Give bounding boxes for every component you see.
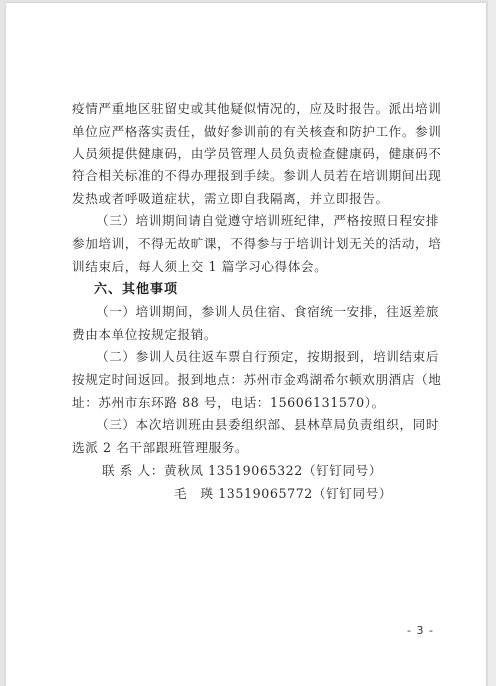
contact-line: 联 系 人：黄秋凤 13519065322（钉钉同号） <box>102 460 472 482</box>
text-line: 符合相关标准的不得办理报到手续。参训人员若在培训期间出现 <box>72 165 442 187</box>
text-line: （二）参训人员往返车票自行预定，按期报到，培训结束后 <box>96 346 442 368</box>
text-line: 疫情严重地区驻留史或其他疑似情况的，应及时报告。派出培训 <box>72 98 442 120</box>
text-line: 训结束后，每人须上交 1 篇学习心得体会。 <box>72 256 442 278</box>
text-line: （一）培训期间，参训人员住宿、食宿统一安排，往返差旅 <box>96 301 442 323</box>
text-line: 按规定时间返回。报到地点：苏州市金鸡湖希尔顿欢朋酒店（地 <box>72 369 442 391</box>
text-line: （三）培训期间请自觉遵守培训班纪律，严格按照日程安排 <box>96 210 442 232</box>
text-line: （三）本次培训班由县委组织部、县林草局负责组织，同时 <box>96 414 442 436</box>
scrollbar[interactable] <box>487 0 496 686</box>
page-number: - 3 - <box>407 624 434 637</box>
text-line: 费由本单位按规定报销。 <box>72 324 442 346</box>
text-line: 参加培训，不得无故旷课，不得参与于培训计划无关的活动，培 <box>72 233 442 255</box>
text-line: 址：苏州市东环路 88 号，电话：15606131570）。 <box>72 392 442 414</box>
section-heading: 六、其他事项 <box>94 279 464 301</box>
text-line: 单位应严格落实责任，做好参训前的有关核查和防护工作。参训 <box>72 121 442 143</box>
text-line: 发热或者呼吸道症状，需立即自我隔离，并立即报告。 <box>72 188 442 210</box>
document-page: 疫情严重地区驻留史或其他疑似情况的，应及时报告。派出培训 单位应严格落实责任，做… <box>6 3 486 686</box>
text-line: 人员须提供健康码，由学员管理人员负责检查健康码，健康码不 <box>72 143 442 165</box>
contact-line: 毛 瑛 13519065772（钉钉同号） <box>174 483 496 505</box>
text-line: 选派 2 名干部跟班管理服务。 <box>72 437 442 459</box>
